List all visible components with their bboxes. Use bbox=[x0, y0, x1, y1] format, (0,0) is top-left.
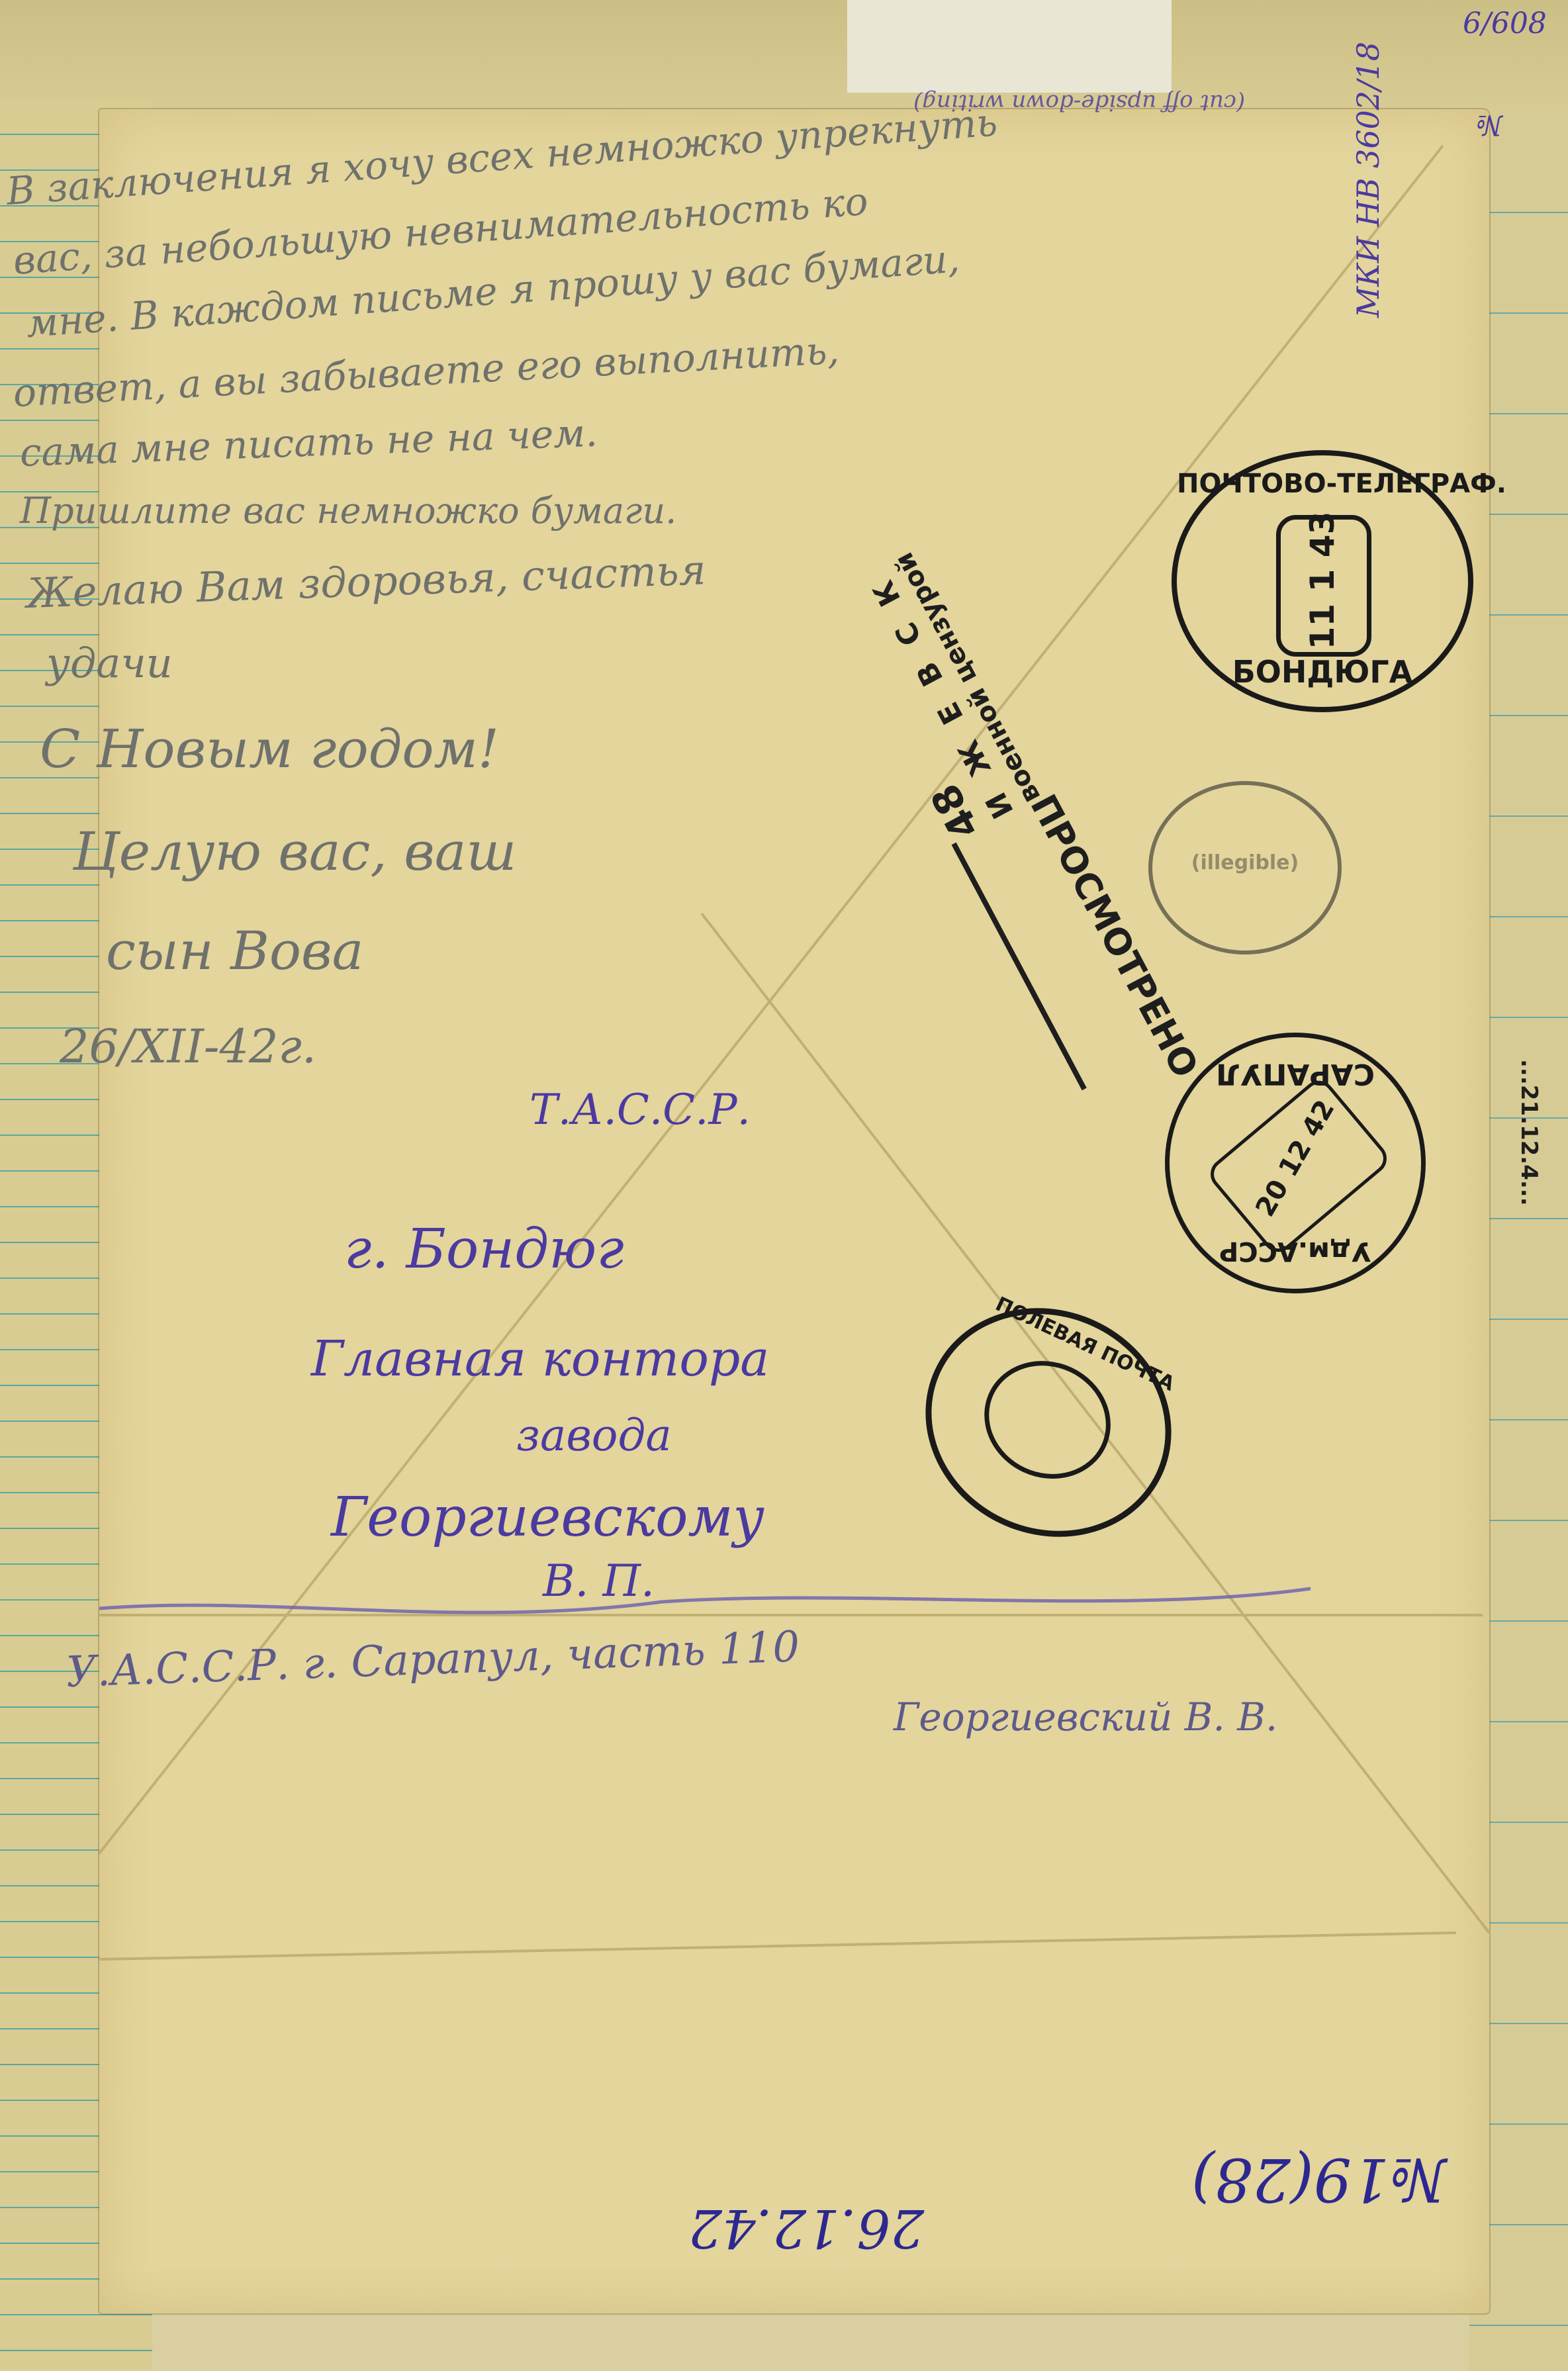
letter-date: 26/XII-42г. bbox=[60, 1019, 316, 1074]
faint-circle-stamp: (illegible) bbox=[1148, 781, 1342, 954]
letter-line-10: Целую вас, ваш bbox=[73, 821, 516, 882]
top-right-note: 6/608 bbox=[1463, 7, 1547, 40]
letter-line-8: удачи bbox=[46, 639, 173, 687]
letter-line-11: сын Вова bbox=[106, 920, 363, 982]
archive-number: №19(28) bbox=[1191, 2145, 1446, 2214]
address-city: г. Бондюг bbox=[344, 1218, 624, 1281]
address-line-2: завода bbox=[516, 1410, 672, 1461]
return-address-line-2: Георгиевский В. В. bbox=[894, 1695, 1277, 1740]
postmark-sarapul-top: САРАПУЛ bbox=[1170, 1057, 1421, 1091]
right-edge-number-sign: № bbox=[1476, 109, 1502, 142]
postmark-bondyuga: ПОЧТОВО-ТЕЛЕГРАФ. 11 1 43 БОНДЮГА bbox=[1172, 450, 1473, 712]
right-edge-vertical-code: МКИ НВ 3602/18 bbox=[1350, 42, 1386, 318]
address-line-1: Главная контора bbox=[311, 1330, 769, 1387]
letter-line-9: С Новым годом! bbox=[40, 718, 499, 780]
archive-date: 26.12.42 bbox=[688, 2198, 924, 2259]
address-recipient: Георгиевскому bbox=[331, 1486, 764, 1549]
postmark-sarapul: САРАПУЛ 20 12 42 Удм.АССР bbox=[1165, 1033, 1426, 1293]
postmark-sarapul-bottom: Удм.АССР bbox=[1170, 1236, 1421, 1266]
right-edge-partial-stamp: ...21.12.4... bbox=[1516, 1059, 1542, 1206]
letter-line-6: Пришлите вас немножко бумаги. bbox=[20, 490, 676, 532]
address-initials: В. П. bbox=[543, 1556, 655, 1606]
postmark-bondyuga-bottom: БОНДЮГА bbox=[1177, 654, 1468, 690]
address-republic: Т.А.С.С.Р. bbox=[530, 1086, 751, 1135]
